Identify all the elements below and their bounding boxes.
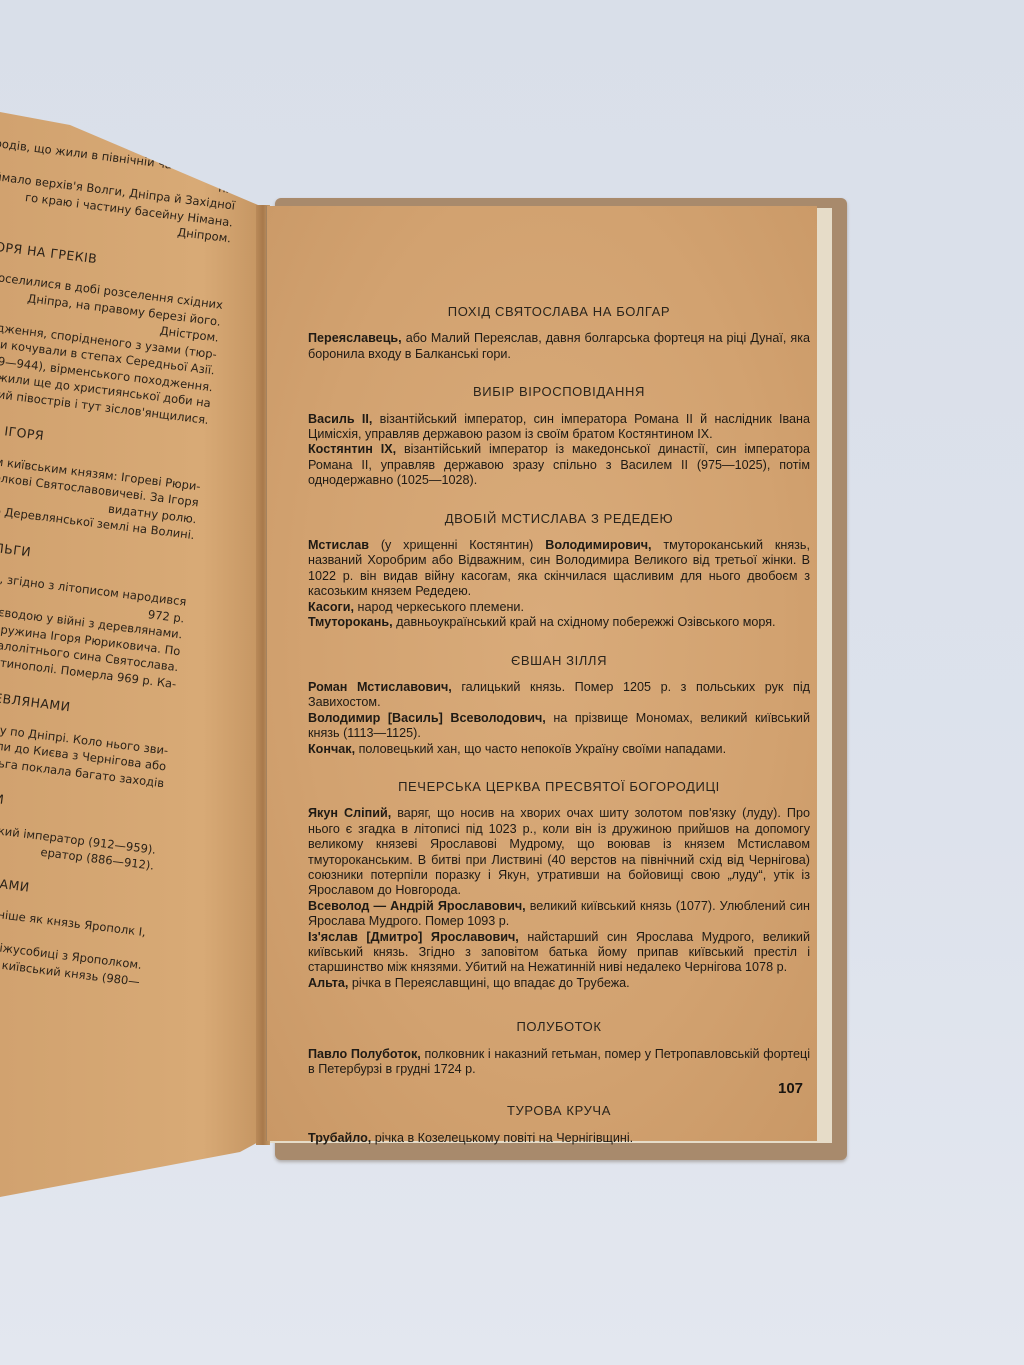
entry-term: Переяславець, — [308, 331, 402, 345]
section: ЄВШАН ЗІЛЛЯРоман Мстиславович, галицький… — [308, 653, 810, 757]
entry-term: Володимир [Василь] Всеволодович, — [308, 711, 546, 725]
entry-term: Альта, — [308, 976, 348, 990]
glossary-entry: Якун Сліпий, варяг, що носив на хворих о… — [308, 806, 810, 898]
entry-aside: (у хрищенні Костянтин) — [369, 538, 545, 552]
section-heading: ЄВШАН ЗІЛЛЯ — [308, 653, 810, 668]
section-heading: ПОЛУБОТОК — [308, 1019, 810, 1034]
entry-term: Костянтин IX, — [308, 442, 396, 456]
glossary-entry: Павло Полуботок, полковник і наказний ге… — [308, 1047, 810, 1078]
entry-term: Якун Сліпий, — [308, 806, 391, 820]
glossary-entry: Трубайло, річка в Козелецькому повіті на… — [308, 1131, 810, 1146]
left-page-content: их народів, що жили в північній частині … — [0, 105, 240, 990]
glossary-entry: Всеволод — Андрій Ярославович, великий к… — [308, 899, 810, 930]
glossary-entry: Із'яслав [Дмитро] Ярославович, найстарши… — [308, 930, 810, 976]
entry-term: Касоги, — [308, 600, 354, 614]
entry-definition: річка в Козелецькому повіті на Чернігівщ… — [371, 1131, 633, 1145]
section-heading: ВИБІР ВІРОСПОВІДАННЯ — [308, 384, 810, 399]
page-number: 107 — [778, 1080, 803, 1097]
glossary-entry: Василь II, візантійський імператор, син … — [308, 412, 810, 443]
section: ДВОБІЙ МСТИСЛАВА З РЕДЕДЕЮМстислав (у хр… — [308, 511, 810, 631]
section: ПЕЧЕРСЬКА ЦЕРКВА ПРЕСВЯТОЇ БОГОРОДИЦІЯку… — [308, 779, 810, 991]
right-page-content: ПОХІД СВЯТОСЛАВА НА БОЛГАРПереяславець, … — [308, 282, 810, 1146]
entry-term: Тмуторокань, — [308, 615, 393, 629]
entry-definition: давньоукраїнський край на східному побер… — [393, 615, 776, 629]
entry-term: Роман Мстиславович, — [308, 680, 452, 694]
entry-definition: річка в Переяславщині, що впадає до Труб… — [348, 976, 629, 990]
entry-term: Кончак, — [308, 742, 355, 756]
entry-term: Мстислав — [308, 538, 369, 552]
glossary-entry: Тмуторокань, давньоукраїнський край на с… — [308, 615, 810, 630]
entry-term: Із'яслав [Дмитро] Ярославович, — [308, 930, 519, 944]
glossary-entry: Костянтин IX, візантійський імператор із… — [308, 442, 810, 488]
glossary-entry: Володимир [Василь] Всеволодович, на пріз… — [308, 711, 810, 742]
section: ВИБІР ВІРОСПОВІДАННЯВасиль II, візантійс… — [308, 384, 810, 488]
glossary-entry: Роман Мстиславович, галицький князь. Пом… — [308, 680, 810, 711]
glossary-entry: Альта, річка в Переяславщині, що впадає … — [308, 976, 810, 991]
section-heading: ДВОБІЙ МСТИСЛАВА З РЕДЕДЕЮ — [308, 511, 810, 526]
entry-definition: народ черкеського племени. — [354, 600, 524, 614]
section-heading: ТУРОВА КРУЧА — [308, 1103, 810, 1118]
glossary-entry: Мстислав (у хрищенні Костянтин) Володими… — [308, 538, 810, 600]
entry-term: Павло Полуботок, — [308, 1047, 421, 1061]
entry-definition: візантійський імператор, син імператора … — [308, 412, 810, 441]
glossary-entry: Касоги, народ черкеського племени. — [308, 600, 810, 615]
section-heading: ПЕЧЕРСЬКА ЦЕРКВА ПРЕСВЯТОЇ БОГОРОДИЦІ — [308, 779, 810, 794]
section: ПОХІД СВЯТОСЛАВА НА БОЛГАРПереяславець, … — [308, 304, 810, 362]
left-page-text-area: их народів, що жили в північній частині … — [0, 0, 262, 1365]
entry-term: Василь II, — [308, 412, 372, 426]
section: ПОЛУБОТОКПавло Полуботок, полковник і на… — [308, 1019, 810, 1077]
section-heading: ПОХІД СВЯТОСЛАВА НА БОЛГАР — [308, 304, 810, 319]
entry-term: Трубайло, — [308, 1131, 371, 1145]
glossary-entry: Кончак, половецький хан, що часто непоко… — [308, 742, 810, 757]
entry-definition: половецький хан, що часто непокоїв Украї… — [355, 742, 726, 756]
entry-term: Володимирович, — [545, 538, 651, 552]
entry-term: Всеволод — Андрій Ярославович, — [308, 899, 526, 913]
section: ТУРОВА КРУЧАТрубайло, річка в Козелецько… — [308, 1103, 810, 1146]
glossary-entry: Переяславець, або Малий Переяслав, давня… — [308, 331, 810, 362]
